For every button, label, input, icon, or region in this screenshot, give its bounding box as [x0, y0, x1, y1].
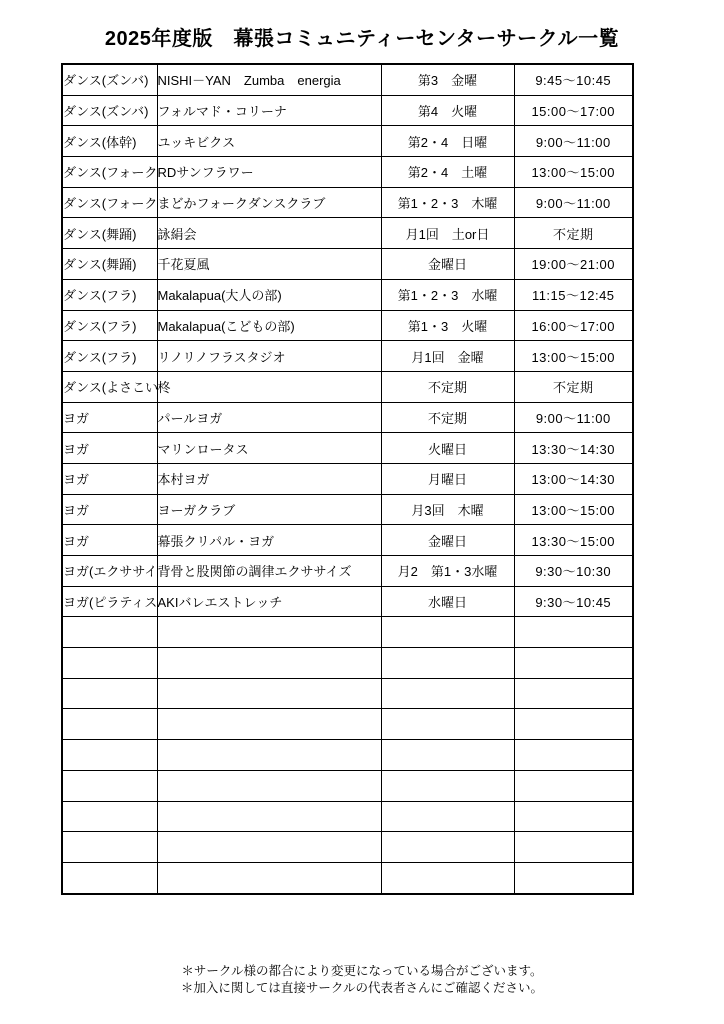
table-row: ダンス(フォーク)RDサンフラワー第2・4 土曜13:00～15:00 — [62, 157, 633, 188]
time-cell: 不定期 — [514, 218, 633, 249]
table-row: ダンス(よさこい)柊不定期不定期 — [62, 371, 633, 402]
name-cell: Makalapua(大人の部) — [157, 279, 381, 310]
footer-note: ＊加入に関しては直接サークルの代表者さんにご確認ください。 — [0, 980, 724, 997]
name-cell: リノリノフラスタジオ — [157, 341, 381, 372]
empty-cell — [62, 617, 157, 648]
schedule-cell: 不定期 — [381, 371, 514, 402]
schedule-cell: 月曜日 — [381, 463, 514, 494]
empty-table-row — [62, 740, 633, 771]
schedule-cell: 火曜日 — [381, 433, 514, 464]
category-cell: ヨガ — [62, 402, 157, 433]
category-cell: ダンス(ズンバ) — [62, 95, 157, 126]
empty-table-row — [62, 801, 633, 832]
empty-cell — [62, 801, 157, 832]
empty-cell — [157, 801, 381, 832]
empty-table-row — [62, 678, 633, 709]
category-cell: ダンス(フォーク) — [62, 157, 157, 188]
schedule-cell: 月1回 土or日 — [381, 218, 514, 249]
name-cell: Makalapua(こどもの部) — [157, 310, 381, 341]
name-cell: AKIバレエストレッチ — [157, 586, 381, 617]
empty-table-row — [62, 862, 633, 893]
table-row: ヨガ本村ヨガ月曜日13:00～14:30 — [62, 463, 633, 494]
empty-cell — [514, 770, 633, 801]
table-row: ダンス(フォーク)まどかフォークダンスクラブ第1・2・3 木曜9:00～11:0… — [62, 187, 633, 218]
empty-cell — [62, 678, 157, 709]
time-cell: 9:00～11:00 — [514, 187, 633, 218]
time-cell: 9:00～11:00 — [514, 402, 633, 433]
empty-cell — [514, 801, 633, 832]
empty-cell — [381, 617, 514, 648]
empty-cell — [514, 709, 633, 740]
empty-cell — [157, 832, 381, 863]
table-row: ヨガ(ピラティス)AKIバレエストレッチ水曜日9:30～10:45 — [62, 586, 633, 617]
schedule-cell: 第4 火曜 — [381, 95, 514, 126]
name-cell: 本村ヨガ — [157, 463, 381, 494]
empty-cell — [157, 617, 381, 648]
empty-cell — [62, 648, 157, 679]
empty-cell — [157, 740, 381, 771]
time-cell: 9:00～11:00 — [514, 126, 633, 157]
empty-table-row — [62, 709, 633, 740]
name-cell: まどかフォークダンスクラブ — [157, 187, 381, 218]
table-row: ダンス(舞踊)千花夏風金曜日19:00～21:00 — [62, 249, 633, 280]
empty-cell — [381, 678, 514, 709]
table-row: ダンス(舞踊)詠絹会月1回 土or日不定期 — [62, 218, 633, 249]
category-cell: ヨガ — [62, 525, 157, 556]
page-title: 2025年度版 幕張コミュニティーセンターサークル一覧 — [0, 22, 724, 51]
time-cell: 不定期 — [514, 371, 633, 402]
table-row: ヨガ幕張クリパル・ヨガ金曜日13:30～15:00 — [62, 525, 633, 556]
empty-cell — [157, 678, 381, 709]
time-cell: 13:00～15:00 — [514, 341, 633, 372]
empty-cell — [514, 678, 633, 709]
table-row: ダンス(フラ)Makalapua(こどもの部)第1・3 火曜16:00～17:0… — [62, 310, 633, 341]
table-row: ヨガマリンロータス火曜日13:30～14:30 — [62, 433, 633, 464]
name-cell: RDサンフラワー — [157, 157, 381, 188]
schedule-cell: 月3回 木曜 — [381, 494, 514, 525]
schedule-cell: 月1回 金曜 — [381, 341, 514, 372]
name-cell: 詠絹会 — [157, 218, 381, 249]
time-cell: 15:00～17:00 — [514, 95, 633, 126]
time-cell: 13:00～15:00 — [514, 494, 633, 525]
category-cell: ヨガ(エクササイズ) — [62, 556, 157, 587]
table-row: ヨガ(エクササイズ)背骨と股関節の調律エクササイズ月2 第1・3水曜9:30～1… — [62, 556, 633, 587]
category-cell: ヨガ — [62, 494, 157, 525]
empty-cell — [157, 862, 381, 893]
empty-cell — [514, 617, 633, 648]
circle-table: ダンス(ズンバ)NISHI－YAN Zumba energia第3 金曜9:45… — [61, 63, 634, 895]
empty-cell — [381, 709, 514, 740]
category-cell: ダンス(舞踊) — [62, 249, 157, 280]
schedule-cell: 第2・4 日曜 — [381, 126, 514, 157]
empty-cell — [514, 648, 633, 679]
empty-cell — [514, 740, 633, 771]
table-row: ダンス(体幹)ユッキビクス第2・4 日曜9:00～11:00 — [62, 126, 633, 157]
category-cell: ダンス(ズンバ) — [62, 64, 157, 95]
schedule-cell: 金曜日 — [381, 249, 514, 280]
table-row: ダンス(ズンバ)フォルマド・コリーナ第4 火曜15:00～17:00 — [62, 95, 633, 126]
category-cell: ダンス(フラ) — [62, 310, 157, 341]
category-cell: ヨガ — [62, 463, 157, 494]
name-cell: 背骨と股関節の調律エクササイズ — [157, 556, 381, 587]
empty-cell — [62, 832, 157, 863]
schedule-cell: 第2・4 土曜 — [381, 157, 514, 188]
category-cell: ダンス(体幹) — [62, 126, 157, 157]
category-cell: ヨガ(ピラティス) — [62, 586, 157, 617]
empty-cell — [381, 832, 514, 863]
name-cell: 千花夏風 — [157, 249, 381, 280]
schedule-cell: 第1・2・3 木曜 — [381, 187, 514, 218]
empty-cell — [157, 770, 381, 801]
time-cell: 19:00～21:00 — [514, 249, 633, 280]
name-cell: ヨーガクラブ — [157, 494, 381, 525]
empty-table-row — [62, 648, 633, 679]
empty-cell — [62, 862, 157, 893]
time-cell: 9:30～10:30 — [514, 556, 633, 587]
time-cell: 13:30～14:30 — [514, 433, 633, 464]
time-cell: 13:00～15:00 — [514, 157, 633, 188]
empty-cell — [157, 709, 381, 740]
name-cell: NISHI－YAN Zumba energia — [157, 64, 381, 95]
name-cell: フォルマド・コリーナ — [157, 95, 381, 126]
empty-cell — [157, 648, 381, 679]
empty-cell — [62, 709, 157, 740]
time-cell: 9:45～10:45 — [514, 64, 633, 95]
table-row: ダンス(ズンバ)NISHI－YAN Zumba energia第3 金曜9:45… — [62, 64, 633, 95]
empty-cell — [381, 648, 514, 679]
empty-cell — [381, 801, 514, 832]
schedule-cell: 不定期 — [381, 402, 514, 433]
empty-cell — [381, 740, 514, 771]
name-cell: 柊 — [157, 371, 381, 402]
schedule-cell: 第1・2・3 水曜 — [381, 279, 514, 310]
empty-cell — [514, 832, 633, 863]
table-row: ダンス(フラ)リノリノフラスタジオ月1回 金曜13:00～15:00 — [62, 341, 633, 372]
empty-table-row — [62, 617, 633, 648]
table-row: ヨガヨーガクラブ月3回 木曜13:00～15:00 — [62, 494, 633, 525]
footer-note: ＊サークル様の都合により変更になっている場合がございます。 — [0, 963, 724, 980]
table-row: ダンス(フラ)Makalapua(大人の部)第1・2・3 水曜11:15～12:… — [62, 279, 633, 310]
time-cell: 13:30～15:00 — [514, 525, 633, 556]
category-cell: ヨガ — [62, 433, 157, 464]
empty-table-row — [62, 832, 633, 863]
category-cell: ダンス(フォーク) — [62, 187, 157, 218]
schedule-cell: 月2 第1・3水曜 — [381, 556, 514, 587]
schedule-cell: 水曜日 — [381, 586, 514, 617]
schedule-cell: 金曜日 — [381, 525, 514, 556]
category-cell: ダンス(フラ) — [62, 341, 157, 372]
name-cell: マリンロータス — [157, 433, 381, 464]
table-row: ヨガパールヨガ不定期9:00～11:00 — [62, 402, 633, 433]
schedule-cell: 第1・3 火曜 — [381, 310, 514, 341]
category-cell: ダンス(よさこい) — [62, 371, 157, 402]
empty-cell — [381, 770, 514, 801]
time-cell: 11:15～12:45 — [514, 279, 633, 310]
name-cell: パールヨガ — [157, 402, 381, 433]
empty-cell — [514, 862, 633, 893]
empty-table-row — [62, 770, 633, 801]
name-cell: ユッキビクス — [157, 126, 381, 157]
time-cell: 9:30～10:45 — [514, 586, 633, 617]
footer-notes: ＊サークル様の都合により変更になっている場合がございます。 ＊加入に関しては直接… — [0, 963, 724, 996]
category-cell: ダンス(舞踊) — [62, 218, 157, 249]
category-cell: ダンス(フラ) — [62, 279, 157, 310]
schedule-cell: 第3 金曜 — [381, 64, 514, 95]
empty-cell — [381, 862, 514, 893]
empty-cell — [62, 740, 157, 771]
time-cell: 16:00～17:00 — [514, 310, 633, 341]
time-cell: 13:00～14:30 — [514, 463, 633, 494]
name-cell: 幕張クリパル・ヨガ — [157, 525, 381, 556]
empty-cell — [62, 770, 157, 801]
